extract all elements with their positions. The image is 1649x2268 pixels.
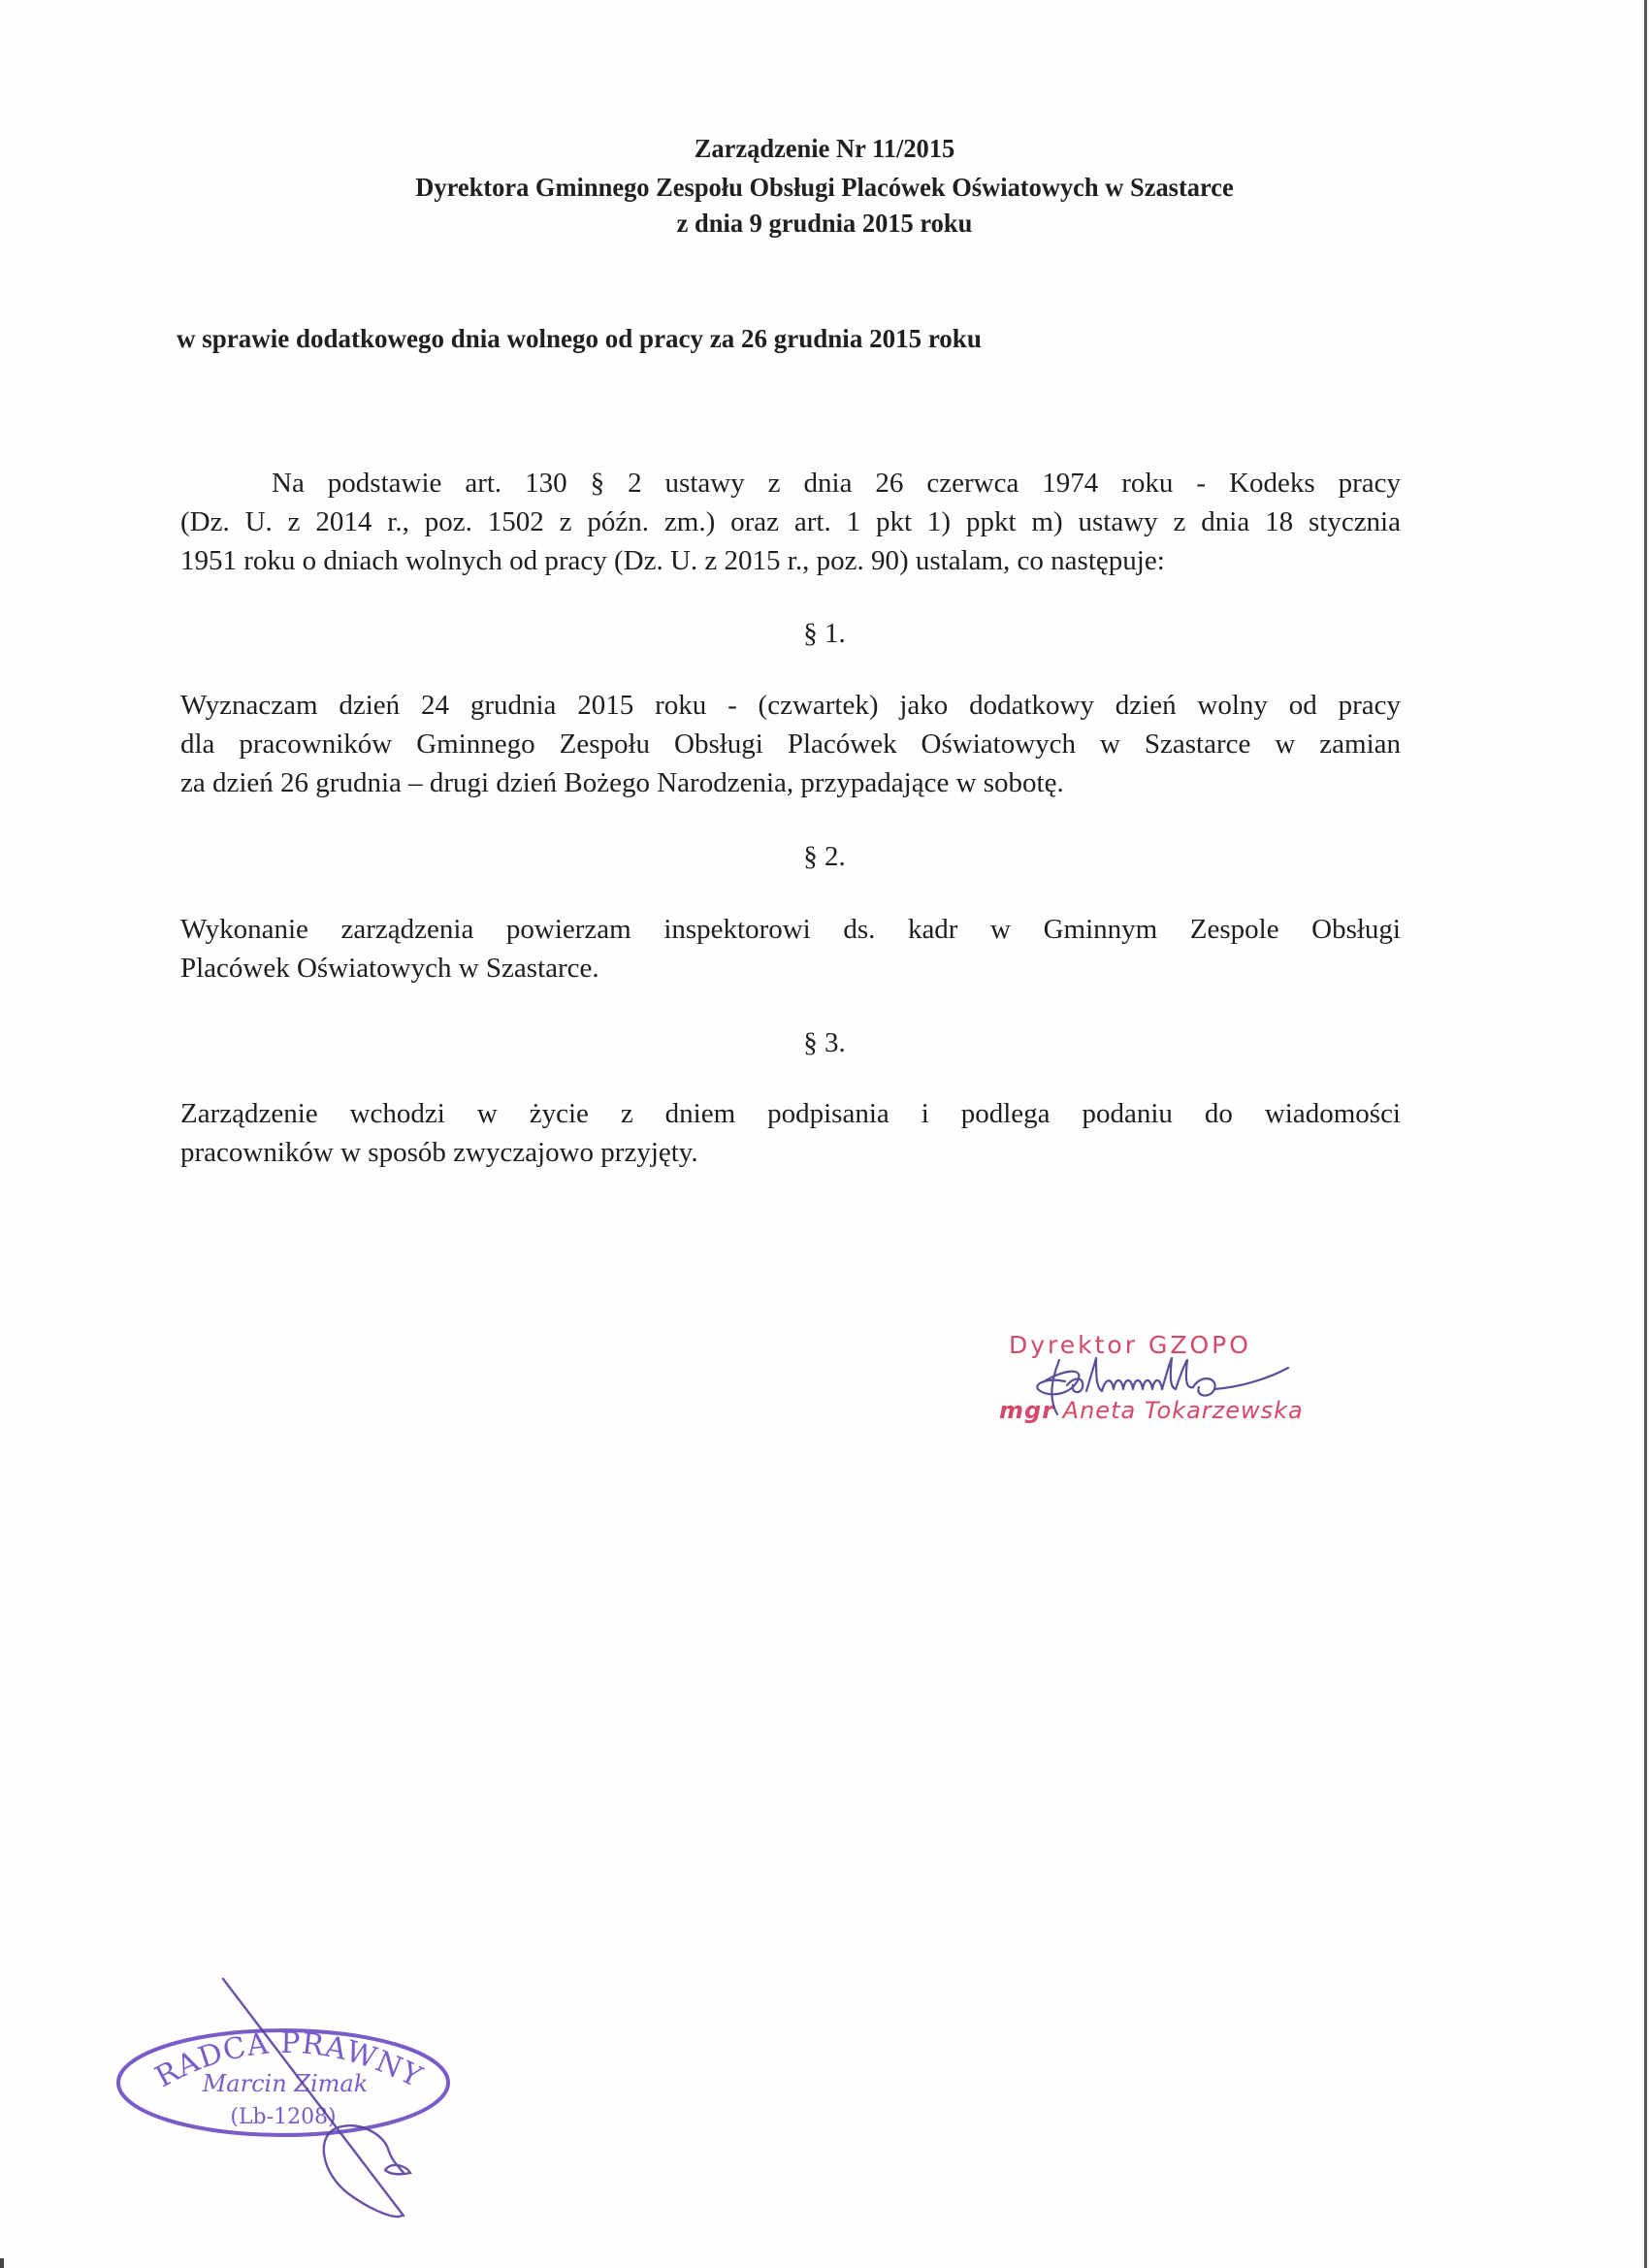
document-page: Zarządzenie Nr 11/2015 Dyrektora Gminneg…	[0, 0, 1649, 2268]
legal-stamp-code: (Lb-1208)	[230, 2105, 336, 2129]
legal-signature-icon	[223, 1979, 410, 2217]
legal-stamp: RADCA PRAWNY Marcin Zimak (Lb-1208)	[0, 0, 1649, 2268]
legal-stamp-name: Marcin Zimak	[202, 2070, 369, 2097]
